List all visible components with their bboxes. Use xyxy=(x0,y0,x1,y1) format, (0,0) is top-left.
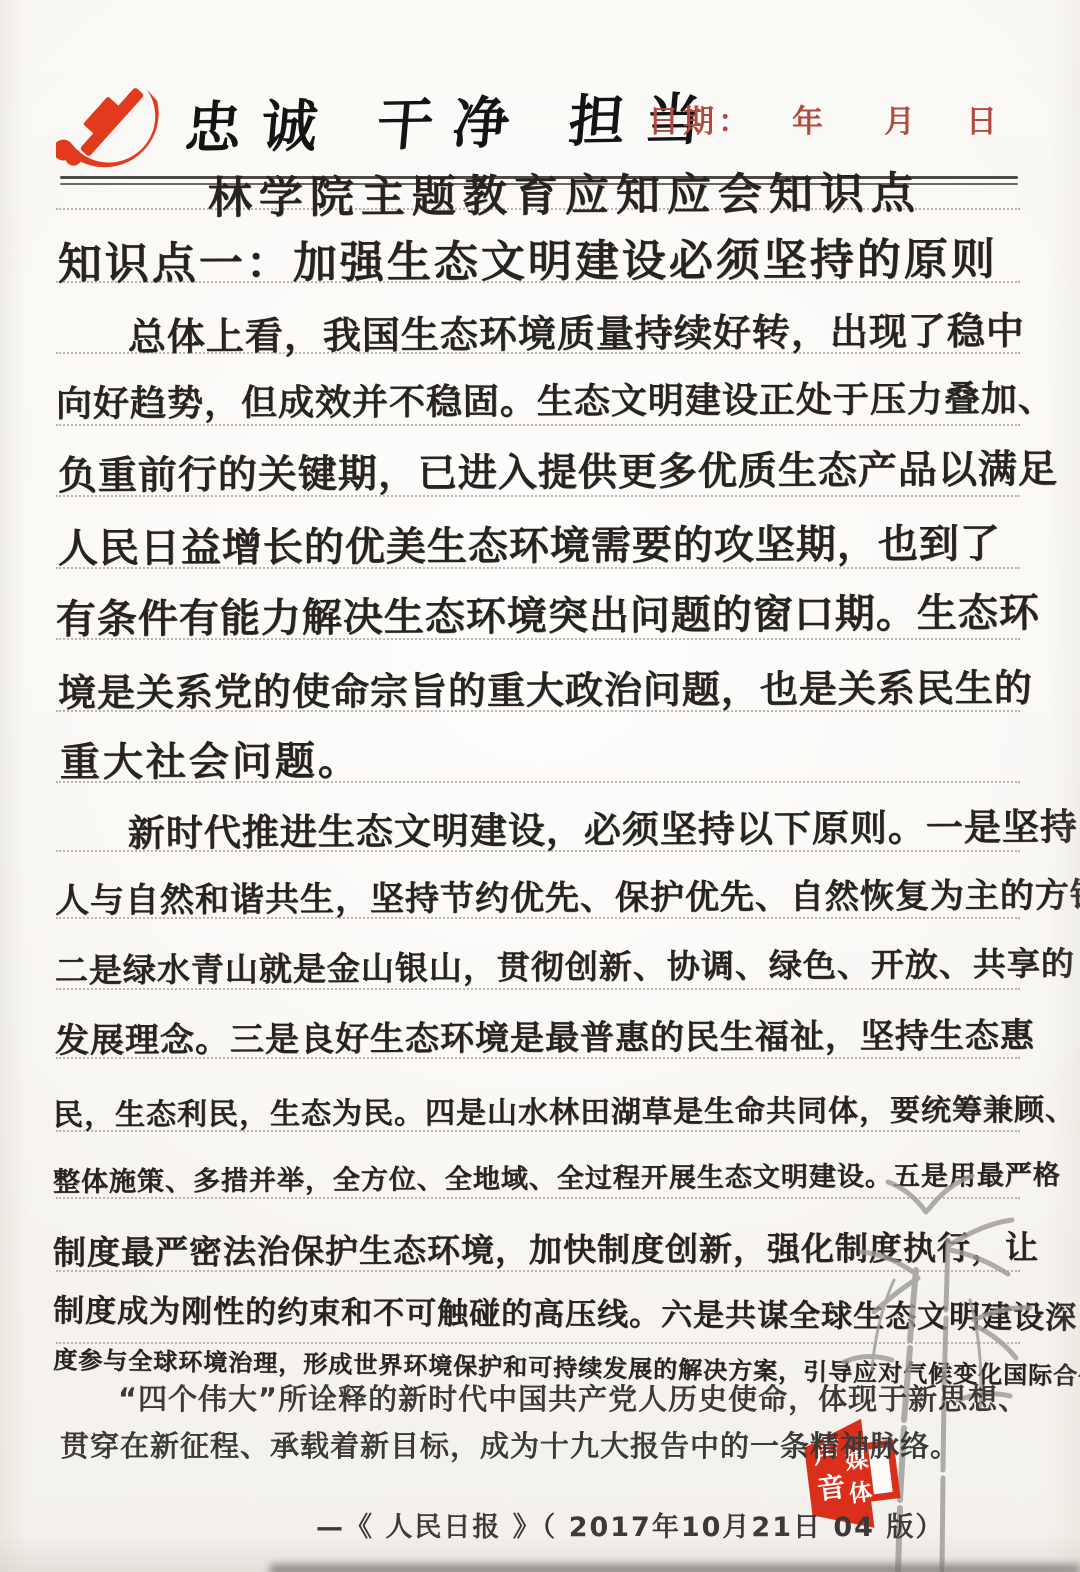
handwritten-line: 总体上看，我国生态环境质量持续好转，出现了稳中 xyxy=(128,300,1025,361)
letter-paper-page: 忠诚 干净 担当 日期： 年 月 日 林学院主题教育应知应会知识点 知识点一：加… xyxy=(0,0,1080,1572)
footer-quote-line2: 贯穿在新征程、承载着新目标，成为十九大报告中的一条精神脉络。 xyxy=(60,1424,960,1465)
party-emblem-icon xyxy=(56,72,168,176)
handwritten-line: 境是关系党的使命宗旨的重大政治问题，也是关系民生的 xyxy=(58,657,1033,717)
photo-edge-artifact xyxy=(270,1564,1080,1572)
handwritten-line: 向好趋势，但成效并不稳固。生态文明建设正处于压力叠加、 xyxy=(56,371,1055,427)
footer-quote-line1: “四个伟大”所诠释的新时代中国共产党人历史使命，体现于新思想、 xyxy=(118,1377,1028,1418)
footer-citation: —《 人民日报 》（ 2017年10月21日 04 版） xyxy=(316,1505,944,1544)
handwritten-line: 整体施策、多措并举，全方位、全地域、全过程开展生态文明建设。五是用最严格 xyxy=(53,1153,1061,1199)
date-day-label: 日 xyxy=(966,96,1001,141)
date-month-label: 月 xyxy=(884,96,919,141)
handwritten-line: 民，生态利民，生态为民。四是山水林田湖草是生命共同体，要统筹兼顾、 xyxy=(53,1085,1076,1134)
handwritten-line: 有条件有能力解决生态环境突出问题的窗口期。生态环 xyxy=(56,581,1040,645)
handwritten-line: 负重前行的关键期，已进入提供更多优质生态产品以满足 xyxy=(58,438,1058,501)
handwritten-line: 二是绿水青山就是金山银山，贯彻创新、协调、绿色、开放、共享的 xyxy=(55,938,1075,992)
handwritten-line: 制度最严密法治保护生态环境，加快制度创新，强化制度执行，让 xyxy=(53,1222,1039,1274)
header-slogan: 忠诚 干净 担当 xyxy=(182,75,725,164)
date-label: 日期： xyxy=(648,96,753,141)
handwritten-line: 知识点一：加强生态文明建设必须坚持的原则 xyxy=(58,223,998,292)
handwritten-line: 重大社会问题。 xyxy=(60,729,361,788)
handwritten-line: 人民日益增长的优美生态环境需要的攻坚期，也到了 xyxy=(58,512,1001,574)
handwritten-line: 人与自然和谐共生，坚持节约优先、保护优先、自然恢复为主的方针。 xyxy=(55,867,1080,922)
handwritten-title: 林学院主题教育应知应会知识点 xyxy=(208,157,922,226)
date-year-label: 年 xyxy=(792,96,827,141)
handwritten-line: 新时代推进生态文明建设，必须坚持以下原则。一是坚持 xyxy=(128,796,1078,857)
handwritten-line: 发展理念。三是良好生态环境是最普惠的民生福祉，坚持生态惠 xyxy=(55,1008,1035,1062)
handwritten-line: 制度成为刚性的约束和不可触碰的高压线。六是共谋全球生态文明建设深 xyxy=(53,1285,1077,1337)
